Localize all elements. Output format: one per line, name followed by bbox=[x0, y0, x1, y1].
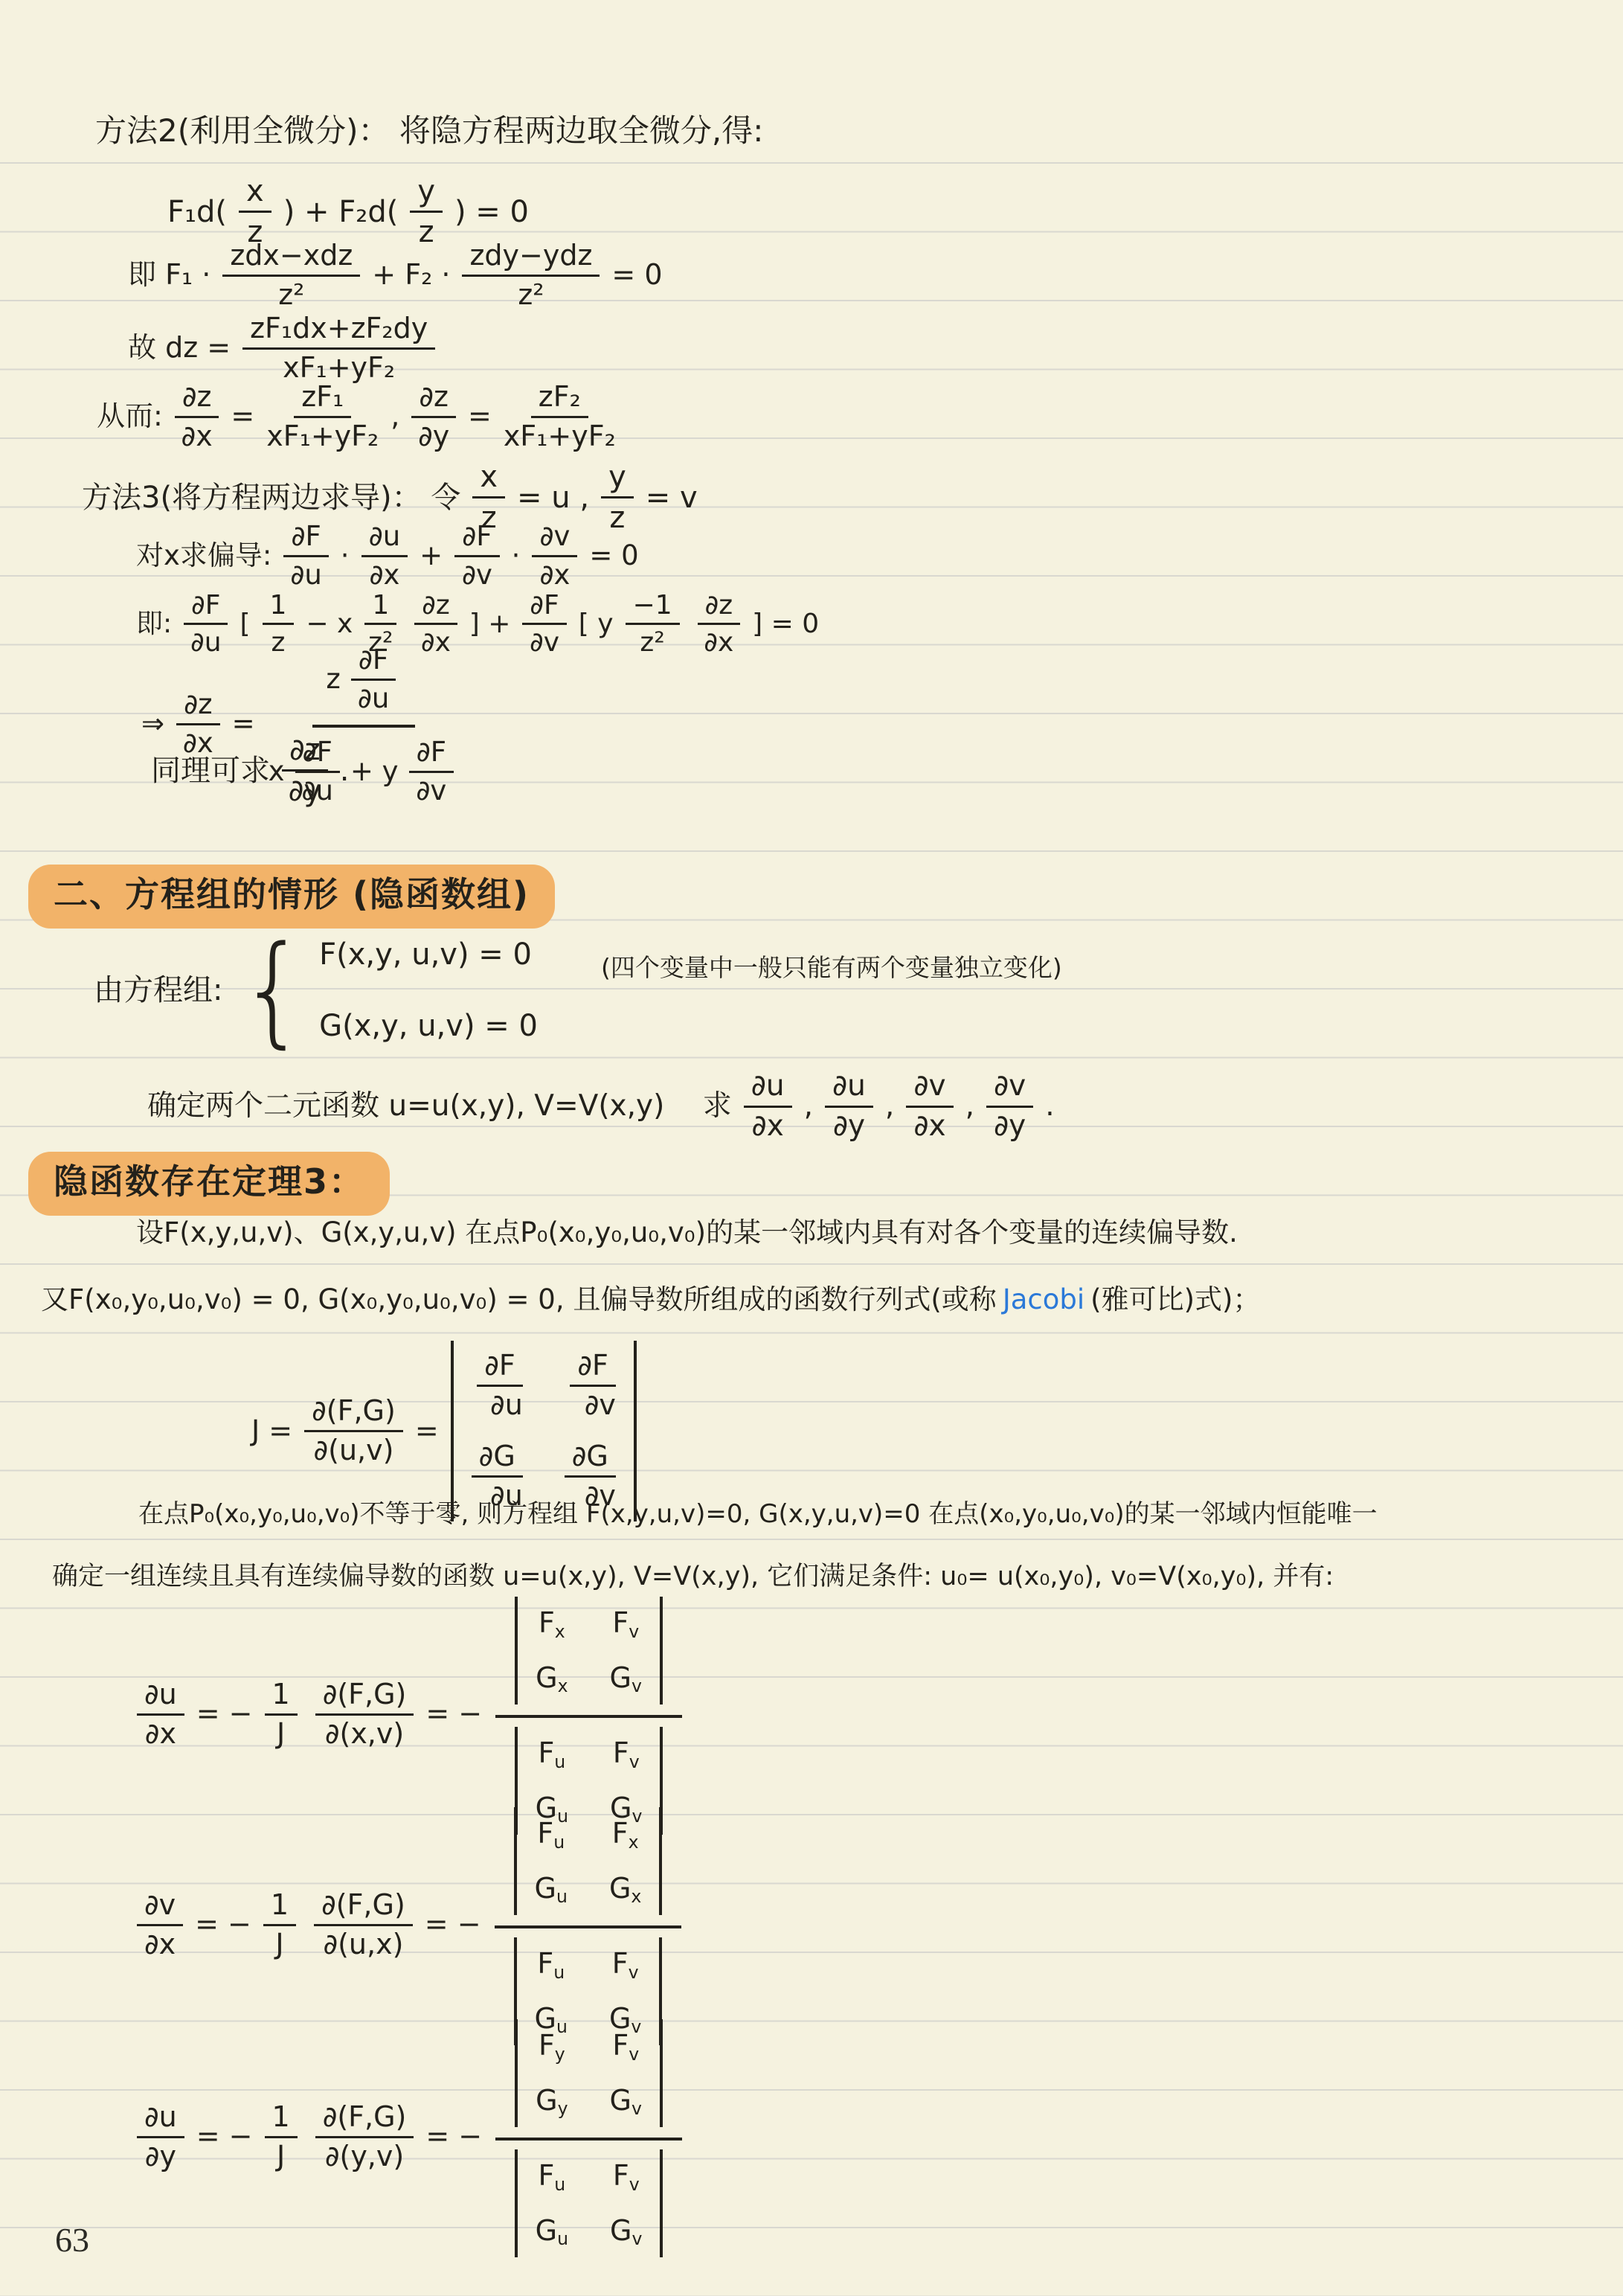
similarly-note: 同理可求∂z∂y. bbox=[151, 733, 349, 808]
text-run: = v bbox=[646, 479, 698, 516]
method2-title: 方法2(利用全微分)： 将隐方程两边取全微分,得: bbox=[95, 112, 763, 151]
text-run: (雅可比)式)； bbox=[1090, 1283, 1260, 1317]
text-run: 确定两个二元函数 u=u(x,y), V=V(x,y) 求 bbox=[147, 1088, 732, 1125]
fraction: ∂z∂y bbox=[282, 733, 328, 808]
determinant: FuFxGuGx bbox=[514, 1807, 663, 1915]
fraction: 1J bbox=[265, 2101, 298, 2172]
fraction: ∂F∂u bbox=[351, 644, 396, 714]
determinant-cell: Gv bbox=[610, 1661, 642, 1696]
du-dy-formula: ∂u∂y= −1J∂(F,G)∂(y,v)= −FyFvGyGvFuFvGuGv bbox=[131, 2016, 690, 2257]
determinant-cell: Fv bbox=[610, 2028, 642, 2064]
fraction: zF₁dx+zF₂dyxF₁+yF₂ bbox=[242, 312, 435, 384]
determinant-cell: Fu bbox=[536, 1736, 568, 1771]
page-number: 63 bbox=[55, 2219, 89, 2262]
fraction: ∂(F,G)∂(u,x) bbox=[314, 1889, 413, 1960]
determinant-cell: Fv bbox=[610, 1606, 642, 1641]
determinant: FuFvGuGv bbox=[515, 2149, 663, 2257]
text-run: (四个变量中一般只能有两个变量独立变化) bbox=[601, 952, 1062, 983]
fraction: xz bbox=[239, 174, 271, 249]
text-run: 隐函数存在定理3： bbox=[54, 1161, 364, 1204]
fraction: ∂v∂x bbox=[137, 1889, 183, 1960]
jacobian-determinant-equation: J =∂(F,G)∂(u,v)=∂F∂u∂F∂v∂G∂u∂G∂v bbox=[251, 1341, 643, 1521]
big-fraction: FyFvGyGvFuFvGuGv bbox=[495, 2016, 682, 2257]
determinant: FxFvGxGv bbox=[515, 1597, 663, 1705]
text-run: 二、方程组的情形 (隐函数组) bbox=[54, 873, 530, 917]
theorem-heading: 隐函数存在定理3： bbox=[28, 1152, 390, 1216]
determinant: FyFvGyGv bbox=[515, 2019, 663, 2127]
text-run: = u , bbox=[517, 479, 589, 516]
chain-rule-equation: 对x求偏导:∂F∂u·∂u∂x+∂F∂v·∂v∂x= 0 bbox=[136, 521, 639, 591]
fraction: ∂u∂x bbox=[361, 521, 408, 591]
determinant-cell: Fv bbox=[609, 1946, 641, 1982]
text-run: = 0 bbox=[611, 257, 662, 293]
notebook-page: 方法2(利用全微分)： 将隐方程两边取全微分,得: F₁d(xz) + F₂d(… bbox=[0, 0, 1623, 2296]
text-run: Jacobi bbox=[1003, 1283, 1084, 1317]
determinant-cell: ∂F∂v bbox=[565, 1350, 616, 1421]
text-run: , bbox=[804, 1088, 813, 1125]
text-run: 从而: bbox=[97, 399, 163, 434]
partial-z-results-equation: 从而:∂z∂x=zF₁xF₁+yF₂,∂z∂y=zF₂xF₁+yF₂ bbox=[97, 381, 622, 452]
big-fraction: FxFvGxGvFuFvGuGv bbox=[495, 1594, 682, 1835]
text-run: + bbox=[420, 539, 443, 573]
text-run: = bbox=[415, 1414, 439, 1449]
text-run: ) = 0 bbox=[454, 193, 529, 231]
text-run: = − bbox=[425, 1696, 482, 1732]
determinant-cell: Fv bbox=[610, 2158, 642, 2194]
dz-solution-equation: 故 dz =zF₁dx+zF₂dyxF₁+yF₂ bbox=[128, 312, 441, 384]
text-run: 确定一组连续且具有连续偏导数的函数 u=u(x,y), V=V(x,y), 它们… bbox=[52, 1561, 1334, 1594]
unique-determination-line: 确定一组连续且具有连续偏导数的函数 u=u(x,y), V=V(x,y), 它们… bbox=[52, 1561, 1334, 1594]
determinant-cell: Fv bbox=[610, 1736, 642, 1771]
system-equation: G(x,y, u,v) = 0 bbox=[319, 1007, 538, 1045]
text-run: = bbox=[231, 399, 254, 434]
fraction: 1J bbox=[265, 1678, 298, 1750]
determinant-cell: Gx bbox=[609, 1871, 641, 1907]
fraction: ∂z∂x bbox=[698, 590, 741, 658]
fraction: ∂u∂x bbox=[744, 1070, 792, 1144]
text-run: + y bbox=[350, 754, 399, 789]
text-run: . bbox=[340, 752, 350, 789]
big-fraction: FuFxGuGxFuFvGuGv bbox=[495, 1804, 682, 2045]
dv-dx-formula: ∂v∂x= −1J∂(F,G)∂(u,x)= −FuFxGuGxFuFvGuGv bbox=[131, 1804, 689, 2045]
fraction: zF₂xF₁+yF₂ bbox=[504, 381, 616, 452]
fraction: yz bbox=[410, 174, 443, 249]
determinant-cell: Fx bbox=[609, 1816, 641, 1852]
fraction: zdy−ydzz² bbox=[462, 240, 600, 311]
text-run: 故 dz = bbox=[128, 330, 231, 366]
text-run: F₁d( bbox=[167, 193, 227, 231]
determinant-cell: Gu bbox=[536, 2213, 568, 2249]
text-run: = − bbox=[196, 2119, 253, 2155]
fraction: ∂F∂v bbox=[454, 521, 499, 591]
fraction: ∂v∂y bbox=[986, 1070, 1033, 1144]
determinant-cell: Fu bbox=[535, 1946, 568, 1982]
determinant-cell: Gu bbox=[535, 1871, 568, 1907]
fraction: zF₁xF₁+yF₂ bbox=[266, 381, 379, 452]
section-heading-equation-systems: 二、方程组的情形 (隐函数组) bbox=[28, 865, 555, 929]
text-run: 方法2(利用全微分)： 将隐方程两边取全微分,得: bbox=[95, 112, 763, 151]
fraction: ∂F∂v bbox=[409, 737, 454, 807]
text-run: 对x求偏导: bbox=[136, 539, 271, 573]
total-differential-equation: F₁d(xz) + F₂d(yz) = 0 bbox=[167, 174, 529, 249]
fraction: zdx−xdzz² bbox=[222, 240, 360, 311]
text-run: = − bbox=[196, 1696, 253, 1732]
theorem-setup-line: 设F(x,y,u,v)、G(x,y,u,v) 在点P₀(x₀,y₀,u₀,v₀)… bbox=[136, 1216, 1238, 1250]
text-run: − x bbox=[306, 607, 353, 641]
determine-functions-line: 确定两个二元函数 u=u(x,y), V=V(x,y) 求∂u∂x,∂u∂y,∂… bbox=[147, 1070, 1055, 1144]
determinant-cell: Fu bbox=[535, 1816, 568, 1852]
text-run: ] + bbox=[469, 607, 511, 641]
text-run: 设F(x,y,u,v)、G(x,y,u,v) 在点P₀(x₀,y₀,u₀,v₀)… bbox=[136, 1216, 1238, 1250]
text-run: 方法3(将方程两边求导)： 令 bbox=[82, 479, 460, 516]
determinant-cell: Gx bbox=[536, 1661, 568, 1696]
text-run: + F₂ · bbox=[372, 257, 450, 293]
determinant-cell: ∂F∂u bbox=[472, 1350, 523, 1421]
text-run: ] = 0 bbox=[752, 607, 819, 641]
text-run: · bbox=[512, 539, 521, 573]
determinant-cell: Gy bbox=[536, 2083, 568, 2119]
fraction: ∂(F,G)∂(y,v) bbox=[315, 2101, 414, 2172]
determinant-cell: Gv bbox=[610, 2213, 642, 2249]
text-run: z bbox=[326, 662, 340, 696]
text-run: [ y bbox=[579, 607, 614, 641]
determinant-cell: Gv bbox=[610, 2083, 642, 2119]
du-dx-formula: ∂u∂x= −1J∂(F,G)∂(x,v)= −FxFvGxGvFuFvGuGv bbox=[131, 1594, 690, 1835]
text-run: [ bbox=[240, 607, 250, 641]
determinant-cell: Fy bbox=[536, 2028, 568, 2064]
system-brace: { bbox=[239, 942, 307, 1038]
determinant-cell: Fx bbox=[536, 1606, 568, 1641]
text-run: = − bbox=[195, 1907, 251, 1943]
text-run: 同理可求 bbox=[151, 752, 270, 789]
fraction: 1J bbox=[263, 1889, 296, 1960]
fraction: −1z² bbox=[626, 590, 680, 658]
text-run: 由方程组: bbox=[94, 972, 222, 1009]
fraction: ∂v∂x bbox=[532, 521, 577, 591]
determinant: ∂F∂u∂F∂v∂G∂u∂G∂v bbox=[451, 1341, 637, 1521]
nonzero-condition-line: 在点P₀(x₀,y₀,u₀,v₀)不等于零, 则方程组 F(x,y,u,v)=0… bbox=[138, 1498, 1378, 1530]
text-run: 即: bbox=[136, 607, 172, 641]
text-run: , bbox=[391, 399, 399, 434]
fraction: ∂(F,G)∂(x,v) bbox=[315, 1678, 414, 1750]
expanded-differential-equation: 即 F₁ ·zdx−xdzz²+ F₂ ·zdy−ydzz²= 0 bbox=[128, 240, 663, 311]
text-run: 在点P₀(x₀,y₀,u₀,v₀)不等于零, 则方程组 F(x,y,u,v)=0… bbox=[138, 1498, 1378, 1530]
text-run: J = bbox=[251, 1414, 292, 1449]
text-run: ) + F₂d( bbox=[283, 193, 399, 231]
fraction: ∂z∂y bbox=[411, 381, 456, 452]
fraction: ∂u∂y bbox=[137, 2101, 184, 2172]
jacobian-intro-line: 又F(x₀,y₀,u₀,v₀) = 0, G(x₀,y₀,u₀,v₀) = 0,… bbox=[41, 1283, 1260, 1317]
determinant-cell: Fu bbox=[536, 2158, 568, 2194]
text-run: = bbox=[468, 399, 492, 434]
text-run: 又F(x₀,y₀,u₀,v₀) = 0, G(x₀,y₀,u₀,v₀) = 0,… bbox=[41, 1283, 997, 1317]
fraction: ∂z∂x bbox=[175, 381, 219, 452]
system-side-note: (四个变量中一般只能有两个变量独立变化) bbox=[601, 952, 1062, 983]
fraction: ∂(F,G)∂(u,v) bbox=[304, 1395, 403, 1466]
fraction: ∂v∂x bbox=[906, 1070, 953, 1144]
text-run: = 0 bbox=[589, 539, 638, 573]
fraction: ∂F∂u bbox=[283, 521, 328, 591]
equation-system: {F(x,y, u,v) = 0G(x,y, u,v) = 0 bbox=[239, 936, 537, 1045]
fraction: ∂u∂x bbox=[137, 1678, 184, 1750]
fraction: ∂F∂v bbox=[522, 590, 566, 658]
text-run: 即 F₁ · bbox=[128, 257, 210, 293]
text-run: = − bbox=[425, 1907, 481, 1943]
system-equation: F(x,y, u,v) = 0 bbox=[319, 936, 538, 973]
equation-system-line: 由方程组:{F(x,y, u,v) = 0G(x,y, u,v) = 0 bbox=[94, 936, 538, 1045]
text-run: · bbox=[341, 539, 350, 573]
text-run: = − bbox=[425, 2119, 482, 2155]
fraction: ∂u∂y bbox=[825, 1070, 873, 1144]
text-run: , bbox=[885, 1088, 894, 1125]
text-run: . bbox=[1045, 1088, 1054, 1125]
text-run: , bbox=[965, 1088, 974, 1125]
